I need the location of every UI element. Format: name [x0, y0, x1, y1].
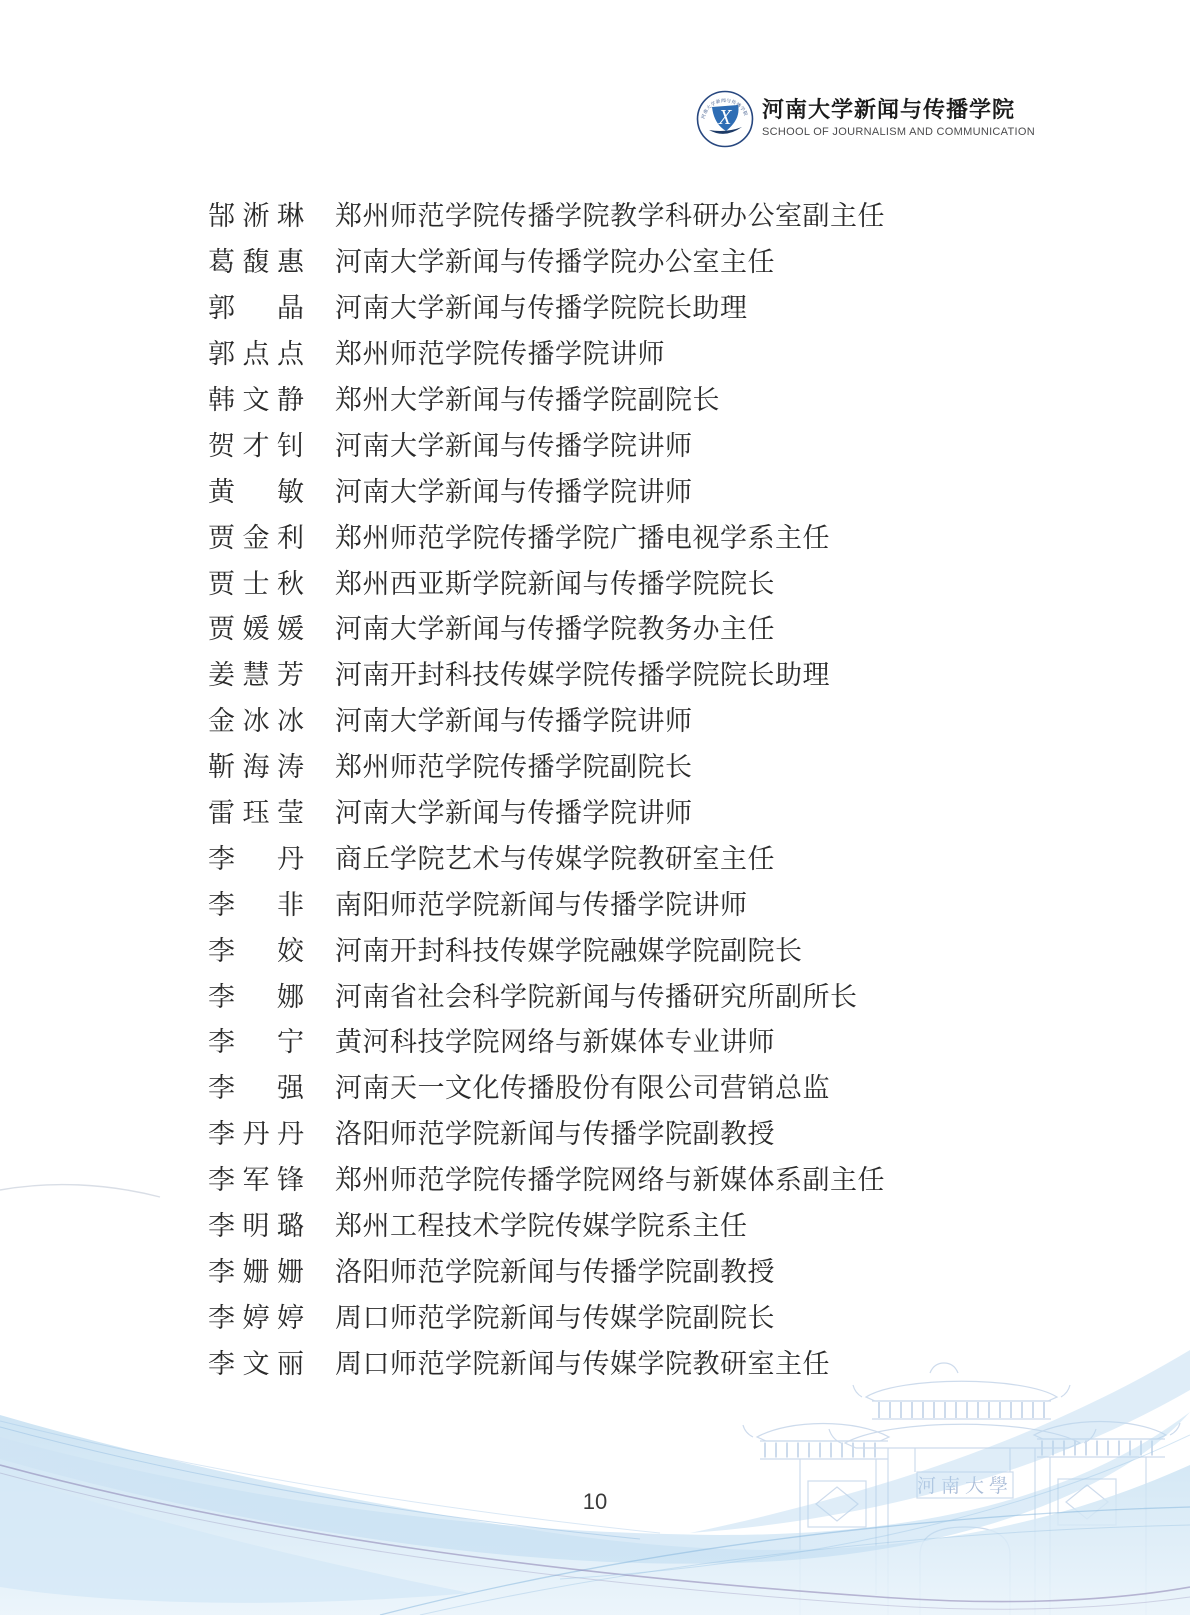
person-name: 贾媛媛	[208, 607, 304, 646]
name-char: 李	[208, 1296, 235, 1335]
name-char: 李	[208, 837, 235, 876]
person-name: 李非	[208, 883, 304, 922]
name-char: 黄	[208, 470, 235, 509]
name-char: 李	[208, 883, 235, 922]
roster-row: 李丹 商丘学院艺术与传媒学院教研室主任	[208, 833, 885, 879]
name-char: 晶	[277, 286, 304, 325]
roster-row: 贺才钊 河南大学新闻与传播学院讲师	[208, 420, 885, 466]
name-char: 娜	[277, 975, 304, 1014]
name-char: 李	[208, 929, 235, 968]
name-char: 贾	[208, 607, 235, 646]
person-title: 河南大学新闻与传播学院院长助理	[335, 286, 748, 325]
person-name: 李强	[208, 1066, 304, 1105]
person-name: 李明璐	[208, 1204, 304, 1243]
name-char: 敏	[277, 470, 304, 509]
roster-row: 李明璐 郑州工程技术学院传媒学院系主任	[208, 1201, 885, 1247]
roster-row: 李宁 黄河科技学院网络与新媒体专业讲师	[208, 1017, 885, 1063]
school-header: 河南大学新闻与传播学院 X 河南大学新闻与传播学院 SCHOOL OF JOUR…	[696, 90, 1035, 148]
roster-row: 韩文静 郑州大学新闻与传播学院副院长	[208, 375, 885, 421]
person-title: 洛阳师范学院新闻与传播学院副教授	[335, 1250, 775, 1289]
name-char: 点	[243, 332, 270, 371]
name-char: 李	[208, 1112, 235, 1151]
person-name: 金冰冰	[208, 699, 304, 738]
name-char: 芳	[277, 653, 304, 692]
person-title: 郑州大学新闻与传播学院副院长	[335, 378, 720, 417]
person-title: 郑州师范学院传播学院广播电视学系主任	[335, 516, 830, 555]
name-char: 李	[208, 1342, 235, 1381]
name-char: 婷	[243, 1296, 270, 1335]
name-char: 钊	[277, 424, 304, 463]
person-title: 河南大学新闻与传播学院讲师	[335, 699, 693, 738]
name-char: 馥	[243, 240, 270, 279]
name-char: 丹	[277, 837, 304, 876]
roster-row: 李娜 河南省社会科学院新闻与传播研究所副所长	[208, 971, 885, 1017]
person-title: 商丘学院艺术与传媒学院教研室主任	[335, 837, 775, 876]
person-title: 郑州师范学院传播学院网络与新媒体系副主任	[335, 1158, 885, 1197]
name-char: 冰	[277, 699, 304, 738]
name-char: 点	[277, 332, 304, 371]
name-char: 贺	[208, 424, 235, 463]
name-char: 淅	[243, 194, 270, 233]
wave-ribbons	[0, 1350, 1190, 1615]
roster-row: 李姣 河南开封科技传媒学院融媒学院副院长	[208, 925, 885, 971]
school-header-text: 河南大学新闻与传播学院 SCHOOL OF JOURNALISM AND COM…	[762, 90, 1035, 138]
roster-row: 金冰冰 河南大学新闻与传播学院讲师	[208, 696, 885, 742]
name-char: 璐	[277, 1204, 304, 1243]
name-char: 金	[208, 699, 235, 738]
name-char: 郜	[208, 194, 235, 233]
name-char: 莹	[277, 791, 304, 830]
person-name: 贾金利	[208, 516, 304, 555]
roster-row: 贾士秋 郑州西亚斯学院新闻与传播学院院长	[208, 558, 885, 604]
name-char: 非	[277, 883, 304, 922]
name-char: 军	[243, 1158, 270, 1197]
person-title: 河南大学新闻与传播学院讲师	[335, 470, 693, 509]
name-char: 贾	[208, 516, 235, 555]
name-char: 惠	[277, 240, 304, 279]
name-char: 雷	[208, 791, 235, 830]
person-title: 郑州师范学院传播学院讲师	[335, 332, 665, 371]
name-char: 慧	[243, 653, 270, 692]
name-char: 利	[277, 516, 304, 555]
person-name: 郜淅琳	[208, 194, 304, 233]
person-name: 黄敏	[208, 470, 304, 509]
person-name: 贾士秋	[208, 562, 304, 601]
person-title: 河南大学新闻与传播学院教务办主任	[335, 607, 775, 646]
name-char: 郭	[208, 332, 235, 371]
name-char: 秋	[277, 562, 304, 601]
left-faint-streak	[0, 1185, 160, 1197]
roster-row: 靳海涛 郑州师范学院传播学院副院长	[208, 742, 885, 788]
name-char: 锋	[277, 1158, 304, 1197]
person-title: 河南大学新闻与传播学院办公室主任	[335, 240, 775, 279]
roster-row: 李强 河南天一文化传播股份有限公司营销总监	[208, 1063, 885, 1109]
person-name: 李姗姗	[208, 1250, 304, 1289]
name-char: 婷	[277, 1296, 304, 1335]
person-name: 雷珏莹	[208, 791, 304, 830]
roster-row: 李姗姗 洛阳师范学院新闻与传播学院副教授	[208, 1246, 885, 1292]
name-char: 李	[208, 1066, 235, 1105]
person-name: 韩文静	[208, 378, 304, 417]
name-char: 靳	[208, 745, 235, 784]
name-char: 媛	[277, 607, 304, 646]
roster-row: 李军锋 郑州师范学院传播学院网络与新媒体系副主任	[208, 1155, 885, 1201]
name-char: 静	[277, 378, 304, 417]
name-char: 李	[208, 1020, 235, 1059]
document-page: 河南大學 河南大学新闻与传播学院 X	[0, 0, 1190, 1615]
name-char: 丽	[277, 1342, 304, 1381]
roster-row: 姜慧芳 河南开封科技传媒学院传播学院院长助理	[208, 650, 885, 696]
person-title: 河南开封科技传媒学院融媒学院副院长	[335, 929, 803, 968]
name-char: 珏	[243, 791, 270, 830]
roster-row: 郭晶 河南大学新闻与传播学院院长助理	[208, 283, 885, 329]
person-name: 李丹丹	[208, 1112, 304, 1151]
roster-row: 雷珏莹 河南大学新闻与传播学院讲师	[208, 788, 885, 834]
name-char: 丹	[243, 1112, 270, 1151]
person-name: 李娜	[208, 975, 304, 1014]
name-char: 冰	[243, 699, 270, 738]
name-char: 李	[208, 1158, 235, 1197]
name-char: 媛	[243, 607, 270, 646]
person-title: 郑州西亚斯学院新闻与传播学院院长	[335, 562, 775, 601]
name-char: 李	[208, 1204, 235, 1243]
name-char: 强	[277, 1066, 304, 1105]
person-title: 郑州师范学院传播学院副院长	[335, 745, 693, 784]
name-char: 宁	[277, 1020, 304, 1059]
person-name: 李姣	[208, 929, 304, 968]
person-title: 河南开封科技传媒学院传播学院院长助理	[335, 653, 830, 692]
person-name: 李丹	[208, 837, 304, 876]
name-char: 海	[243, 745, 270, 784]
logo-x-glyph: X	[718, 105, 733, 129]
person-title: 周口师范学院新闻与传媒学院副院长	[335, 1296, 775, 1335]
name-char: 金	[243, 516, 270, 555]
name-char: 涛	[277, 745, 304, 784]
person-name: 李军锋	[208, 1158, 304, 1197]
name-char: 李	[208, 1250, 235, 1289]
page-number: 10	[0, 1489, 1190, 1515]
name-char: 贾	[208, 562, 235, 601]
person-title: 郑州工程技术学院传媒学院系主任	[335, 1204, 748, 1243]
roster-row: 贾金利 郑州师范学院传播学院广播电视学系主任	[208, 512, 885, 558]
school-name-en: SCHOOL OF JOURNALISM AND COMMUNICATION	[762, 126, 1035, 138]
person-title: 河南天一文化传播股份有限公司营销总监	[335, 1066, 830, 1105]
person-name: 葛馥惠	[208, 240, 304, 279]
person-name: 李婷婷	[208, 1296, 304, 1335]
person-title: 河南大学新闻与传播学院讲师	[335, 791, 693, 830]
roster-list: 郜淅琳 郑州师范学院传播学院教学科研办公室副主任 葛馥惠 河南大学新闻与传播学院…	[208, 191, 885, 1384]
roster-row: 李文丽 周口师范学院新闻与传媒学院教研室主任	[208, 1338, 885, 1384]
person-title: 郑州师范学院传播学院教学科研办公室副主任	[335, 194, 885, 233]
roster-row: 李婷婷 周口师范学院新闻与传媒学院副院长	[208, 1292, 885, 1338]
roster-row: 葛馥惠 河南大学新闻与传播学院办公室主任	[208, 237, 885, 283]
name-char: 韩	[208, 378, 235, 417]
person-title: 南阳师范学院新闻与传播学院讲师	[335, 883, 748, 922]
name-char: 文	[243, 1342, 270, 1381]
person-name: 李文丽	[208, 1342, 304, 1381]
person-name: 郭晶	[208, 286, 304, 325]
name-char: 才	[243, 424, 270, 463]
name-char: 文	[243, 378, 270, 417]
name-char: 郭	[208, 286, 235, 325]
roster-row: 李丹丹 洛阳师范学院新闻与传播学院副教授	[208, 1109, 885, 1155]
name-char: 士	[243, 562, 270, 601]
name-char: 姜	[208, 653, 235, 692]
person-name: 姜慧芳	[208, 653, 304, 692]
name-char: 姗	[277, 1250, 304, 1289]
roster-row: 贾媛媛 河南大学新闻与传播学院教务办主任	[208, 604, 885, 650]
roster-row: 郜淅琳 郑州师范学院传播学院教学科研办公室副主任	[208, 191, 885, 237]
person-title: 河南大学新闻与传播学院讲师	[335, 424, 693, 463]
name-char: 明	[243, 1204, 270, 1243]
school-name-cn: 河南大学新闻与传播学院	[762, 98, 1035, 122]
person-title: 河南省社会科学院新闻与传播研究所副所长	[335, 975, 858, 1014]
name-char: 姗	[243, 1250, 270, 1289]
roster-row: 郭点点 郑州师范学院传播学院讲师	[208, 329, 885, 375]
roster-row: 黄敏 河南大学新闻与传播学院讲师	[208, 466, 885, 512]
name-char: 李	[208, 975, 235, 1014]
name-char: 葛	[208, 240, 235, 279]
school-logo-icon: 河南大学新闻与传播学院 X	[696, 90, 754, 148]
name-char: 姣	[277, 929, 304, 968]
person-title: 黄河科技学院网络与新媒体专业讲师	[335, 1020, 775, 1059]
person-name: 贺才钊	[208, 424, 304, 463]
person-title: 洛阳师范学院新闻与传播学院副教授	[335, 1112, 775, 1151]
roster-row: 李非 南阳师范学院新闻与传播学院讲师	[208, 879, 885, 925]
person-name: 李宁	[208, 1020, 304, 1059]
person-name: 靳海涛	[208, 745, 304, 784]
person-name: 郭点点	[208, 332, 304, 371]
name-char: 琳	[277, 194, 304, 233]
person-title: 周口师范学院新闻与传媒学院教研室主任	[335, 1342, 830, 1381]
name-char: 丹	[277, 1112, 304, 1151]
